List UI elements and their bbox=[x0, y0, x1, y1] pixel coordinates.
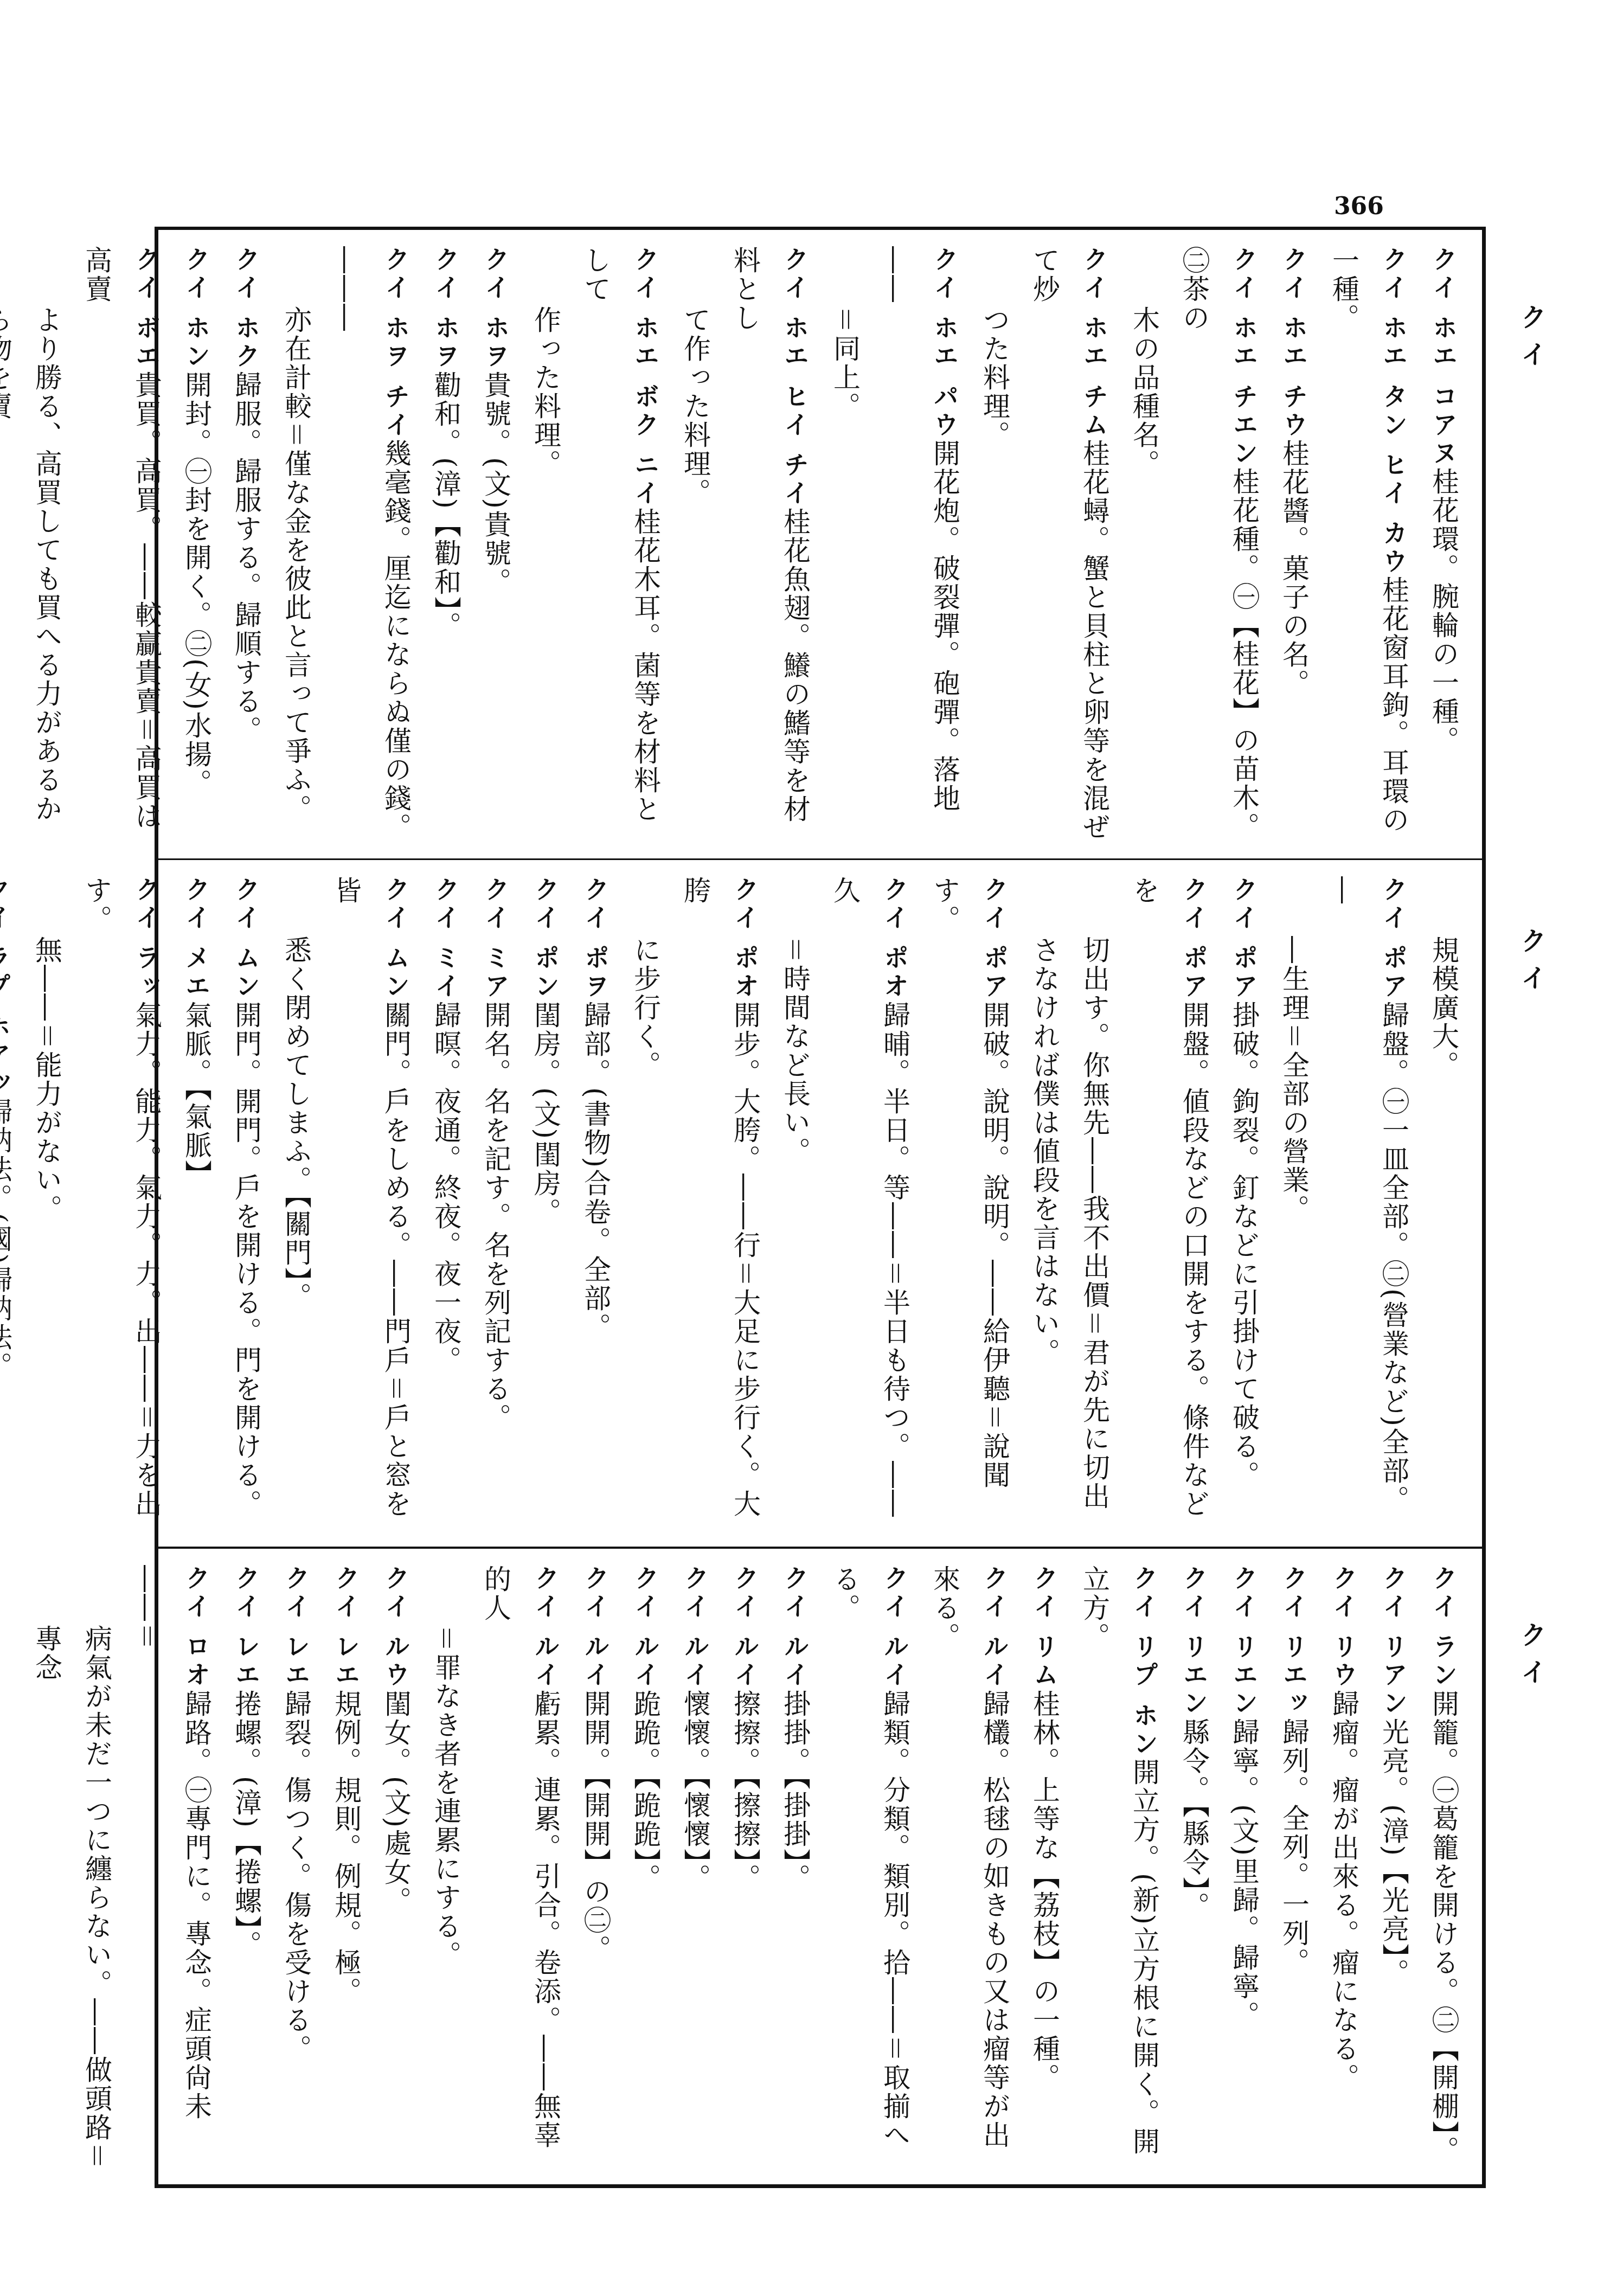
dictionary-entry: クイ ポア開破。說明。說明。――給伊聽＝說聞す。 bbox=[920, 876, 1019, 1536]
entry-definition: 開門。開門。戶を開ける。門を開ける。 bbox=[230, 1001, 262, 1518]
entry-headword: クイ ミア bbox=[481, 876, 510, 1001]
entry-headword: クイ ホヲ bbox=[481, 246, 510, 371]
entry-columns: 規模廣大。クイ ポア歸盤。㊀一皿全部。㊁(營業など)全部。――生理＝全部の營業。… bbox=[172, 876, 1468, 1536]
entry-headword: クイ ミイ bbox=[431, 876, 460, 1001]
dictionary-entry: クイ ルイ擦擦。【擦擦】。 bbox=[720, 1565, 770, 2178]
entry-headword: クイ ポヲ bbox=[581, 876, 610, 1001]
margin-label-middle: クイ bbox=[1513, 927, 1550, 1001]
entry-headword: クイ ポア bbox=[1379, 876, 1408, 1001]
entry-headword: クイ リアン bbox=[1379, 1565, 1408, 1718]
entry-headword: クイ ホエ チエン bbox=[1229, 246, 1259, 467]
entry-definition: 開籠。㊀葛籠を開ける。㊁【開棚】。 bbox=[1428, 1690, 1459, 2165]
entry-headword: クイ ホエ ヒイ チイ bbox=[780, 246, 810, 508]
entry-headword: クイ リウ bbox=[1329, 1565, 1358, 1690]
entry-continuation: ＝罪なき者を連累にする。 bbox=[421, 1565, 471, 2178]
entry-definition: 開開。【開開】の㊁。 bbox=[580, 1690, 611, 1964]
dictionary-entry: クイ ホエ タン ヒイ カウ桂花窗耳鉤。耳環の一種。 bbox=[1319, 246, 1419, 848]
margin-label-bottom: クイ bbox=[1513, 1621, 1550, 1695]
entry-headword: クイ ホヲ チイ bbox=[381, 246, 410, 439]
entry-continuation: 規模廣大。 bbox=[1419, 876, 1468, 1536]
entry-headword: クイ ポア bbox=[1229, 876, 1259, 1001]
entry-headword: クイ ルウ bbox=[381, 1565, 410, 1690]
entry-headword: クイ ルイ bbox=[730, 1565, 760, 1690]
entry-definition: 光亮。(漳)【光亮】。 bbox=[1378, 1718, 1409, 1987]
band-top: クイ ホエ コアヌ桂花環。腕輪の一種。クイ ホエ タン ヒイ カウ桂花窗耳鉤。耳… bbox=[158, 230, 1482, 860]
dictionary-entry: クイ ラプ ホアッ歸納法。(國)歸納法。 bbox=[0, 876, 22, 1536]
dictionary-entry: クイ ホン開封。㊀封を開く。㊁(女)水揚。 bbox=[171, 246, 221, 848]
dictionary-entry: クイ ルイ開開。【開開】の㊁。 bbox=[570, 1565, 620, 2178]
entry-continuation: ＝同上。 bbox=[820, 246, 870, 848]
entry-headword: クイ ロオ bbox=[182, 1565, 211, 1690]
dictionary-entry: クイ レエ捲螺。(漳)【捲螺】。 bbox=[221, 1565, 271, 2178]
entry-headword: クイ メエ bbox=[182, 876, 211, 1001]
dictionary-entry: クイ レエ歸裂。傷つく。傷を受ける。 bbox=[271, 1565, 321, 2178]
entry-definition: 開名。名を記す。名を列記する。 bbox=[480, 1001, 511, 1432]
dictionary-entry: クイ ポン閨房。(文)閨房。 bbox=[521, 876, 570, 1536]
dictionary-entry: クイ ムン關門。戶をしめる。――門戶＝戶と窓を皆 bbox=[321, 876, 421, 1536]
dictionary-entry: クイ ホエ ヒイ チイ桂花魚翅。鱶の鰭等を材料とし bbox=[720, 246, 820, 848]
dictionary-entry: クイ ホエ パウ開花炮。破裂彈。砲彈。落地―― bbox=[870, 246, 970, 848]
entry-headword: クイ ポオ bbox=[880, 876, 909, 1001]
entry-definition: 桂花醬。菓子の名。 bbox=[1278, 439, 1310, 698]
entry-definition: 貴號。(文)貴號。 bbox=[480, 371, 511, 597]
dictionary-entry: クイ ルイ跪跪。【跪跪】。 bbox=[620, 1565, 670, 2178]
entry-headword: クイ ルイ bbox=[631, 1565, 660, 1690]
entry-headword: クイ ルイ bbox=[581, 1565, 610, 1690]
entry-continuation: 木の品種名。 bbox=[1119, 246, 1169, 848]
dictionary-entry: クイ ムン開門。開門。戶を開ける。門を開ける。 bbox=[221, 876, 271, 1536]
dictionary-entry: クイ リアン光亮。(漳)【光亮】。 bbox=[1369, 1565, 1419, 2178]
entry-headword: クイ リプ ホン bbox=[1130, 1565, 1159, 1758]
entry-definition: 氣脈。【氣脈】 bbox=[181, 1001, 212, 1189]
entry-definition: 歸列。全列。一列。 bbox=[1278, 1718, 1310, 1977]
dictionary-entry: クイ ホヲ勸和。(漳)【勸和】。 bbox=[421, 246, 471, 848]
entry-definition: 規例。規則。例規。極。 bbox=[330, 1690, 362, 2006]
page-number: 366 bbox=[1334, 193, 1384, 220]
dictionary-entry: クイ ルイ掛掛。【掛掛】。 bbox=[770, 1565, 820, 2178]
dictionary-entry: クイ リエン歸寧。(文)里歸。歸寧。 bbox=[1219, 1565, 1269, 2178]
entry-headword: クイ ホエ コアヌ bbox=[1429, 246, 1458, 467]
dictionary-entry: クイ レエ規例。規則。例規。極。 bbox=[321, 1565, 371, 2178]
entry-continuation: さなければ僕は値段を言はない。 bbox=[1019, 876, 1069, 1536]
entry-continuation: に步行く。 bbox=[620, 876, 670, 1536]
entry-headword: クイ ホヲ bbox=[431, 246, 460, 371]
entry-continuation: 病氣が未だ一つに纏らない。――做頭路＝專念 bbox=[22, 1565, 121, 2178]
entry-headword: クイ ホエ チウ bbox=[1279, 246, 1308, 439]
dictionary-entry: クイ リウ歸瘤。瘤が出來る。瘤になる。 bbox=[1319, 1565, 1369, 2178]
dictionary-entry: クイ ポヲ歸部。(書物)合卷。全部。 bbox=[570, 876, 620, 1536]
dictionary-entry: クイ ルウ閨女。(文)處女。 bbox=[371, 1565, 421, 2178]
band-middle: 規模廣大。クイ ポア歸盤。㊀一皿全部。㊁(營業など)全部。――生理＝全部の營業。… bbox=[158, 860, 1482, 1549]
entry-definition: 跪跪。【跪跪】。 bbox=[630, 1690, 661, 1893]
entry-headword: クイ ラッ bbox=[132, 876, 161, 1001]
entry-headword: クイ ポア bbox=[980, 876, 1009, 1001]
entry-definition: 歸暝。夜通。終夜。夜一夜。 bbox=[430, 1001, 461, 1375]
entry-headword: クイ レエ bbox=[232, 1565, 261, 1690]
entry-headword: クイ レエ bbox=[331, 1565, 361, 1690]
dictionary-entry: クイ ルイ虧累。連累。引合。卷添。――無辜的人 bbox=[471, 1565, 570, 2178]
entry-definition: 懷懷。【懷懷】。 bbox=[679, 1690, 711, 1893]
dictionary-entry: クイ リプ ホン開立方。(新)立方根に開く。開立方。 bbox=[1069, 1565, 1169, 2178]
entry-continuation: ―生理＝全部の營業。 bbox=[1269, 876, 1319, 1536]
dictionary-entry: クイ ホエ ボク ニイ桂花木耳。菌等を材料として bbox=[570, 246, 670, 848]
dictionary-frame: クイ ホエ コアヌ桂花環。腕輪の一種。クイ ホエ タン ヒイ カウ桂花窗耳鉤。耳… bbox=[155, 227, 1486, 2188]
dictionary-entry: クイ ポア歸盤。㊀一皿全部。㊁(營業など)全部。― bbox=[1319, 876, 1419, 1536]
margin-label-top: クイ bbox=[1513, 304, 1550, 377]
entry-headword: クイ ホエ チム bbox=[1080, 246, 1109, 439]
entry-definition: 閨房。(文)閨房。 bbox=[530, 1001, 561, 1227]
entry-definition: 歸瘤。瘤が出來る。瘤になる。 bbox=[1328, 1690, 1359, 2092]
entry-headword: クイ ムン bbox=[381, 876, 410, 1001]
entry-continuation: 悉く閉めてしまふ。【關門】。 bbox=[271, 876, 321, 1536]
entry-headword: クイ ホエ パウ bbox=[930, 246, 959, 439]
dictionary-entry: クイ ホヲ貴號。(文)貴號。 bbox=[471, 246, 521, 848]
entry-definition: 掛掛。【掛掛】。 bbox=[779, 1690, 811, 1893]
entry-continuation: ＝時間など長い。 bbox=[770, 876, 820, 1536]
entry-headword: クイ レエ bbox=[281, 1565, 311, 1690]
entry-headword: クイ ホエ タン ヒイ カウ bbox=[1379, 246, 1408, 576]
band-bottom: クイ ラン開籠。㊀葛籠を開ける。㊁【開棚】。クイ リアン光亮。(漳)【光亮】。ク… bbox=[158, 1549, 1482, 2189]
entry-headword: クイ ラン bbox=[1429, 1565, 1458, 1690]
entry-headword: クイ ポア bbox=[1179, 876, 1209, 1001]
dictionary-entry: クイ ホエ チウ桂花醬。菓子の名。 bbox=[1269, 246, 1319, 848]
entry-definition: 擦擦。【擦擦】。 bbox=[729, 1690, 761, 1893]
entry-headword: クイ ラプ ホアッ bbox=[0, 876, 11, 1098]
entry-continuation: 作った料理。 bbox=[521, 246, 570, 848]
entry-headword: クイ ポオ bbox=[730, 876, 760, 1001]
entry-definition: 歸部。(書物)合卷。全部。 bbox=[580, 1001, 611, 1342]
entry-definition: 桂林。上等な【荔枝】の一種。 bbox=[1029, 1690, 1060, 2092]
entry-headword: クイ ルイ bbox=[531, 1565, 560, 1690]
dictionary-entry: クイ ホヲ チイ幾毫錢。厘迄にならぬ僅の錢。――― bbox=[321, 246, 421, 848]
dictionary-entry: クイ ホエ チエン桂花種。㊀【桂花】の苗木。㊁茶の bbox=[1169, 246, 1269, 848]
entry-definition: 歸納法。(國)歸納法。 bbox=[0, 1098, 12, 1381]
entry-continuation: て作った料理。 bbox=[670, 246, 720, 848]
dictionary-entry: クイ リエン縣令。【縣令】。 bbox=[1169, 1565, 1219, 2178]
entry-definition: 勸和。(漳)【勸和】。 bbox=[430, 371, 461, 640]
entry-continuation: より勝る、高買しても買へる力があるから物を賣 bbox=[0, 246, 72, 848]
entry-definition: 縣令。【縣令】。 bbox=[1178, 1718, 1210, 1921]
entry-definition: 閨女。(文)處女。 bbox=[380, 1690, 412, 1915]
dictionary-entry: クイ ボエ貴買。高買。――較贏貴賣＝高買は高賣 bbox=[72, 246, 171, 848]
dictionary-entry: クイ リム桂林。上等な【荔枝】の一種。 bbox=[1019, 1565, 1069, 2178]
entry-definition: 桂花環。腕輪の一種。 bbox=[1428, 467, 1459, 755]
entry-headword: クイ ボエ bbox=[132, 246, 161, 371]
entry-definition: 掛破。鉤裂。釘などに引掛けて破る。 bbox=[1228, 1001, 1260, 1490]
dictionary-entry: クイ ラッ氣力。能力。氣力。力。出――＝力を出す。 bbox=[72, 876, 171, 1536]
dictionary-entry: クイ ラン開籠。㊀葛籠を開ける。㊁【開棚】。 bbox=[1419, 1565, 1468, 2178]
dictionary-entry: クイ ホク歸服。歸服する。歸順する。 bbox=[221, 246, 271, 848]
dictionary-entry: クイ ホエ コアヌ桂花環。腕輪の一種。 bbox=[1419, 246, 1468, 848]
dictionary-entry: クイ メエ氣脈。【氣脈】 bbox=[171, 876, 221, 1536]
dictionary-entry: クイ ルイ懷懷。【懷懷】。 bbox=[670, 1565, 720, 2178]
dictionary-entry: クイ ホエ チム桂花蟳。蟹と貝柱と卵等を混ぜて炒 bbox=[1019, 246, 1119, 848]
entry-headword: クイ ルイ bbox=[780, 1565, 810, 1690]
entry-definition: 歸裂。傷つく。傷を受ける。 bbox=[280, 1690, 312, 2063]
dictionary-entry: クイ ポア掛破。鉤裂。釘などに引掛けて破る。 bbox=[1219, 876, 1269, 1536]
entry-headword: クイ リエン bbox=[1179, 1565, 1209, 1718]
entry-headword: クイ リエッ bbox=[1279, 1565, 1308, 1718]
entry-headword: クイ ホン bbox=[182, 246, 211, 371]
dictionary-entry: クイ ポオ開步。大胯。――行＝大足に步行く。大胯 bbox=[670, 876, 770, 1536]
entry-continuation: 切出す。你無先――我不出價＝君が先に切出 bbox=[1069, 876, 1119, 1536]
dictionary-entry: クイ ポア開盤。値段などの口開をする。條件などを bbox=[1119, 876, 1219, 1536]
entry-definition: 歸寧。(文)里歸。歸寧。 bbox=[1228, 1718, 1260, 2030]
dictionary-entry: クイ ポオ歸晡。半日。等――＝半日も待つ。――久 bbox=[820, 876, 920, 1536]
entry-headword: クイ ホエ ボク ニイ bbox=[631, 246, 660, 508]
entry-continuation: つた料理。 bbox=[970, 246, 1019, 848]
entry-headword: クイ ホク bbox=[232, 246, 261, 371]
entry-headword: クイ ルイ bbox=[980, 1565, 1009, 1690]
entry-columns: クイ ラン開籠。㊀葛籠を開ける。㊁【開棚】。クイ リアン光亮。(漳)【光亮】。ク… bbox=[172, 1565, 1468, 2178]
dictionary-entry: クイ ルイ歸欉。松毬の如きもの又は瘤等が出來る。 bbox=[920, 1565, 1019, 2178]
entry-continuation: 亦在計較＝僅な金を彼此と言って爭ふ。 bbox=[271, 246, 321, 848]
entry-definition: 捲螺。(漳)【捲螺】。 bbox=[230, 1690, 262, 1959]
dictionary-entry: クイ ロオ歸路。㊀專門に。專念。症頭尙未――＝ bbox=[121, 1565, 221, 2178]
entry-headword: クイ ムン bbox=[232, 876, 261, 1001]
dictionary-entry: クイ ルイ歸類。分類。類別。拾――＝取揃へる。 bbox=[820, 1565, 920, 2178]
entry-headword: クイ リエン bbox=[1229, 1565, 1259, 1718]
entry-headword: クイ ルイ bbox=[880, 1565, 909, 1690]
entry-headword: クイ ポン bbox=[531, 876, 560, 1001]
entry-continuation: 無――＝能力がない。 bbox=[22, 876, 72, 1536]
entry-headword: クイ リム bbox=[1030, 1565, 1059, 1690]
entry-headword: クイ ルイ bbox=[681, 1565, 710, 1690]
dictionary-entry: クイ ミア開名。名を記す。名を列記する。 bbox=[471, 876, 521, 1536]
entry-columns: クイ ホエ コアヌ桂花環。腕輪の一種。クイ ホエ タン ヒイ カウ桂花窗耳鉤。耳… bbox=[172, 246, 1468, 848]
dictionary-entry: クイ リエッ歸列。全列。一列。 bbox=[1269, 1565, 1319, 2178]
entry-definition: 歸服。歸服する。歸順する。 bbox=[230, 371, 262, 745]
entry-definition: 開封。㊀封を開く。㊁(女)水揚。 bbox=[181, 371, 212, 798]
dictionary-entry: クイ ミイ歸暝。夜通。終夜。夜一夜。 bbox=[421, 876, 471, 1536]
